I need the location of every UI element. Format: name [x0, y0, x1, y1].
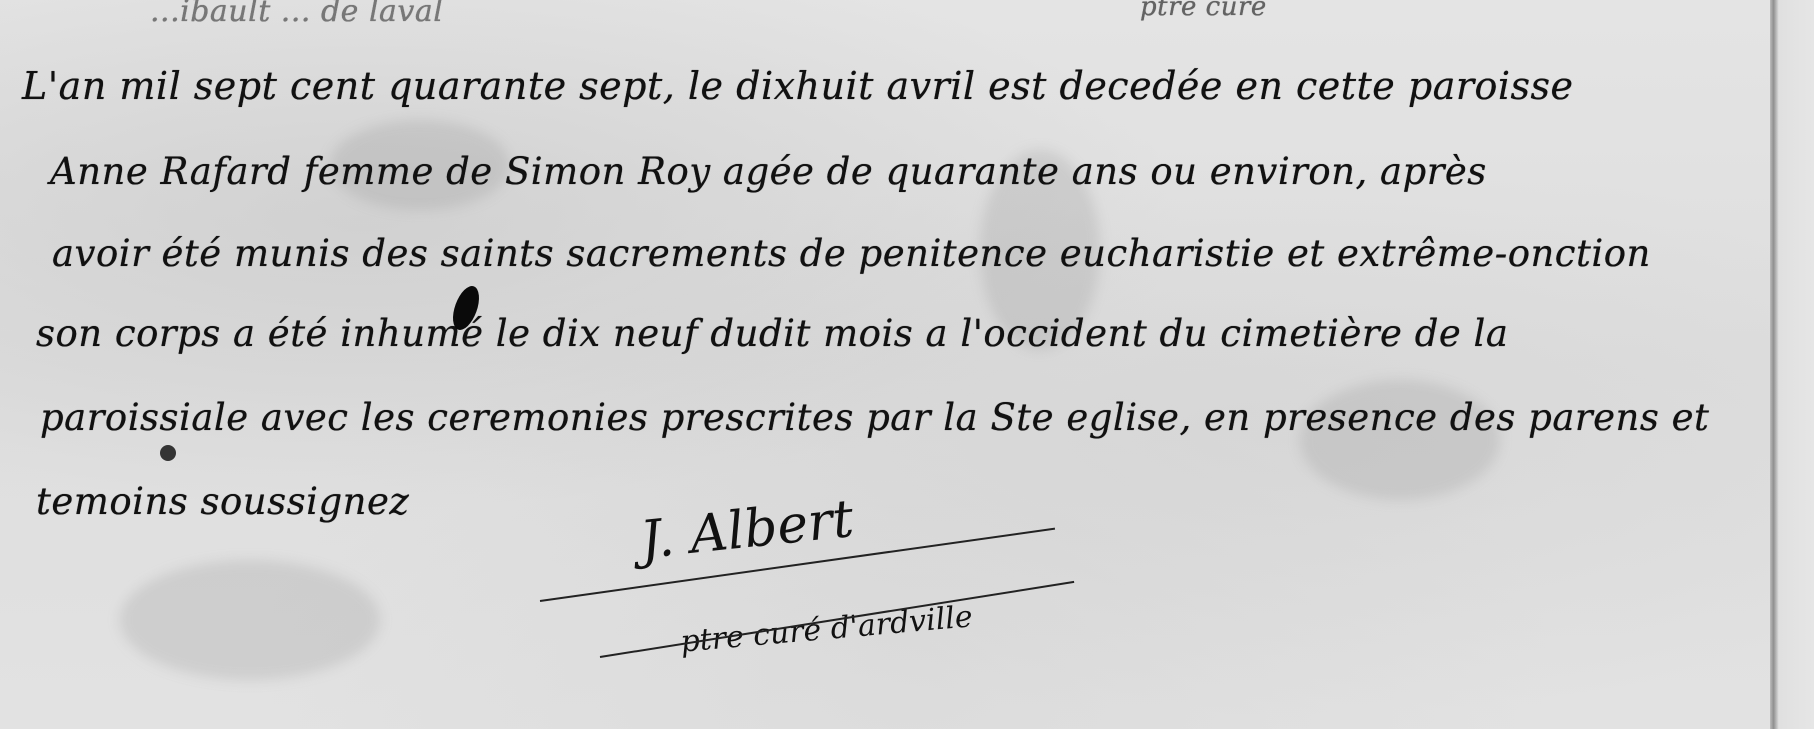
record-line-3: avoir été munis des saints sacrements de…: [52, 232, 1651, 275]
record-line-5: paroissiale avec les ceremonies prescrit…: [40, 396, 1709, 439]
record-line-4: son corps a été inhumé le dix neuf dudit…: [36, 312, 1508, 355]
record-line-1: L'an mil sept cent quarante sept, le dix…: [22, 64, 1574, 108]
header-fragment-left: ...ibault ... de laval: [150, 0, 443, 29]
subsignature-flourish: [600, 581, 1074, 658]
scanned-register-page: ...ibault ... de laval ptre curé L'an mi…: [0, 0, 1814, 729]
paper-stain: [120, 560, 380, 680]
page-edge: [1770, 0, 1814, 729]
record-line-6: temoins soussignez: [36, 480, 409, 523]
header-fragment-right: ptre curé: [1140, 0, 1267, 22]
ink-blot: [160, 445, 176, 461]
priest-title-signature: ptre curé d'ardville: [679, 599, 974, 659]
priest-signature: J. Albert: [637, 489, 856, 571]
record-line-2: Anne Rafard femme de Simon Roy agée de q…: [50, 150, 1487, 193]
